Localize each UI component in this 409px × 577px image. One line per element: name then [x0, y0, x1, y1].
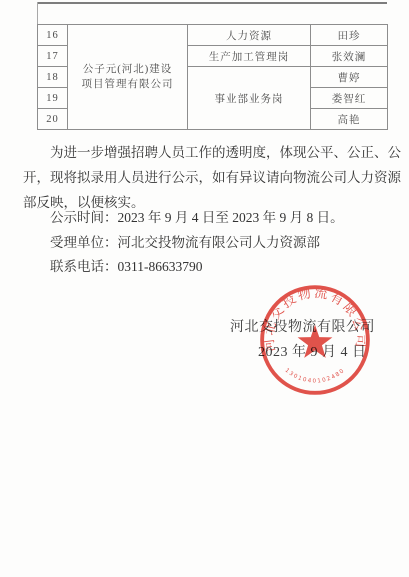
company-seal-stamp: 河北交投物流有限公司 1301040102480: [254, 279, 376, 401]
position-cell: 事业部业务岗: [188, 67, 311, 130]
paragraph-line: 为进一步增强招聘人员工作的透明度，体现公平、公正、公: [23, 140, 387, 165]
announcement-paragraph: 为进一步增强招聘人员工作的透明度，体现公平、公正、公 开，现将拟录用人员进行公示…: [23, 140, 387, 215]
position-cell: 人力资源: [188, 25, 311, 46]
contact-info: 公示时间：2023 年 9 月 4 日至 2023 年 9 月 8 日。 受理单…: [23, 206, 387, 280]
company-cell: 公子元(河北)建设项目管理有限公司: [68, 25, 188, 130]
table-row: 16 公子元(河北)建设项目管理有限公司 人力资源 田珍: [38, 25, 388, 46]
row-number: 16: [38, 25, 68, 46]
document-page: { "table": { "company": "公子元(河北)建设项目管理有限…: [0, 0, 409, 577]
position-cell: 生产加工管理岗: [188, 46, 311, 67]
paragraph-line: 开，现将拟录用人员进行公示，如有异议请向物流公司人力资源: [23, 165, 387, 190]
candidate-table: 16 公子元(河北)建设项目管理有限公司 人力资源 田珍 17 生产加工管理岗 …: [37, 24, 388, 130]
name-cell: 田珍: [311, 25, 388, 46]
seal-star-icon: [298, 325, 333, 358]
accepting-unit-line: 受理单位：河北交投物流有限公司人力资源部: [23, 231, 387, 256]
name-cell: 高艳: [311, 109, 388, 130]
name-cell: 娄智红: [311, 88, 388, 109]
name-cell: 张效澜: [311, 46, 388, 67]
row-number: 19: [38, 88, 68, 109]
publicity-period-line: 公示时间：2023 年 9 月 4 日至 2023 年 9 月 8 日。: [23, 206, 387, 231]
cutoff-table-rule-stub: [37, 2, 38, 24]
seal-serial-number: 1301040102480: [284, 368, 347, 385]
name-cell: 曹婷: [311, 67, 388, 88]
cutoff-table-rule: [37, 2, 387, 4]
phone-line: 联系电话：0311-86633790: [23, 255, 387, 280]
row-number: 20: [38, 109, 68, 130]
row-number: 18: [38, 67, 68, 88]
row-number: 17: [38, 46, 68, 67]
